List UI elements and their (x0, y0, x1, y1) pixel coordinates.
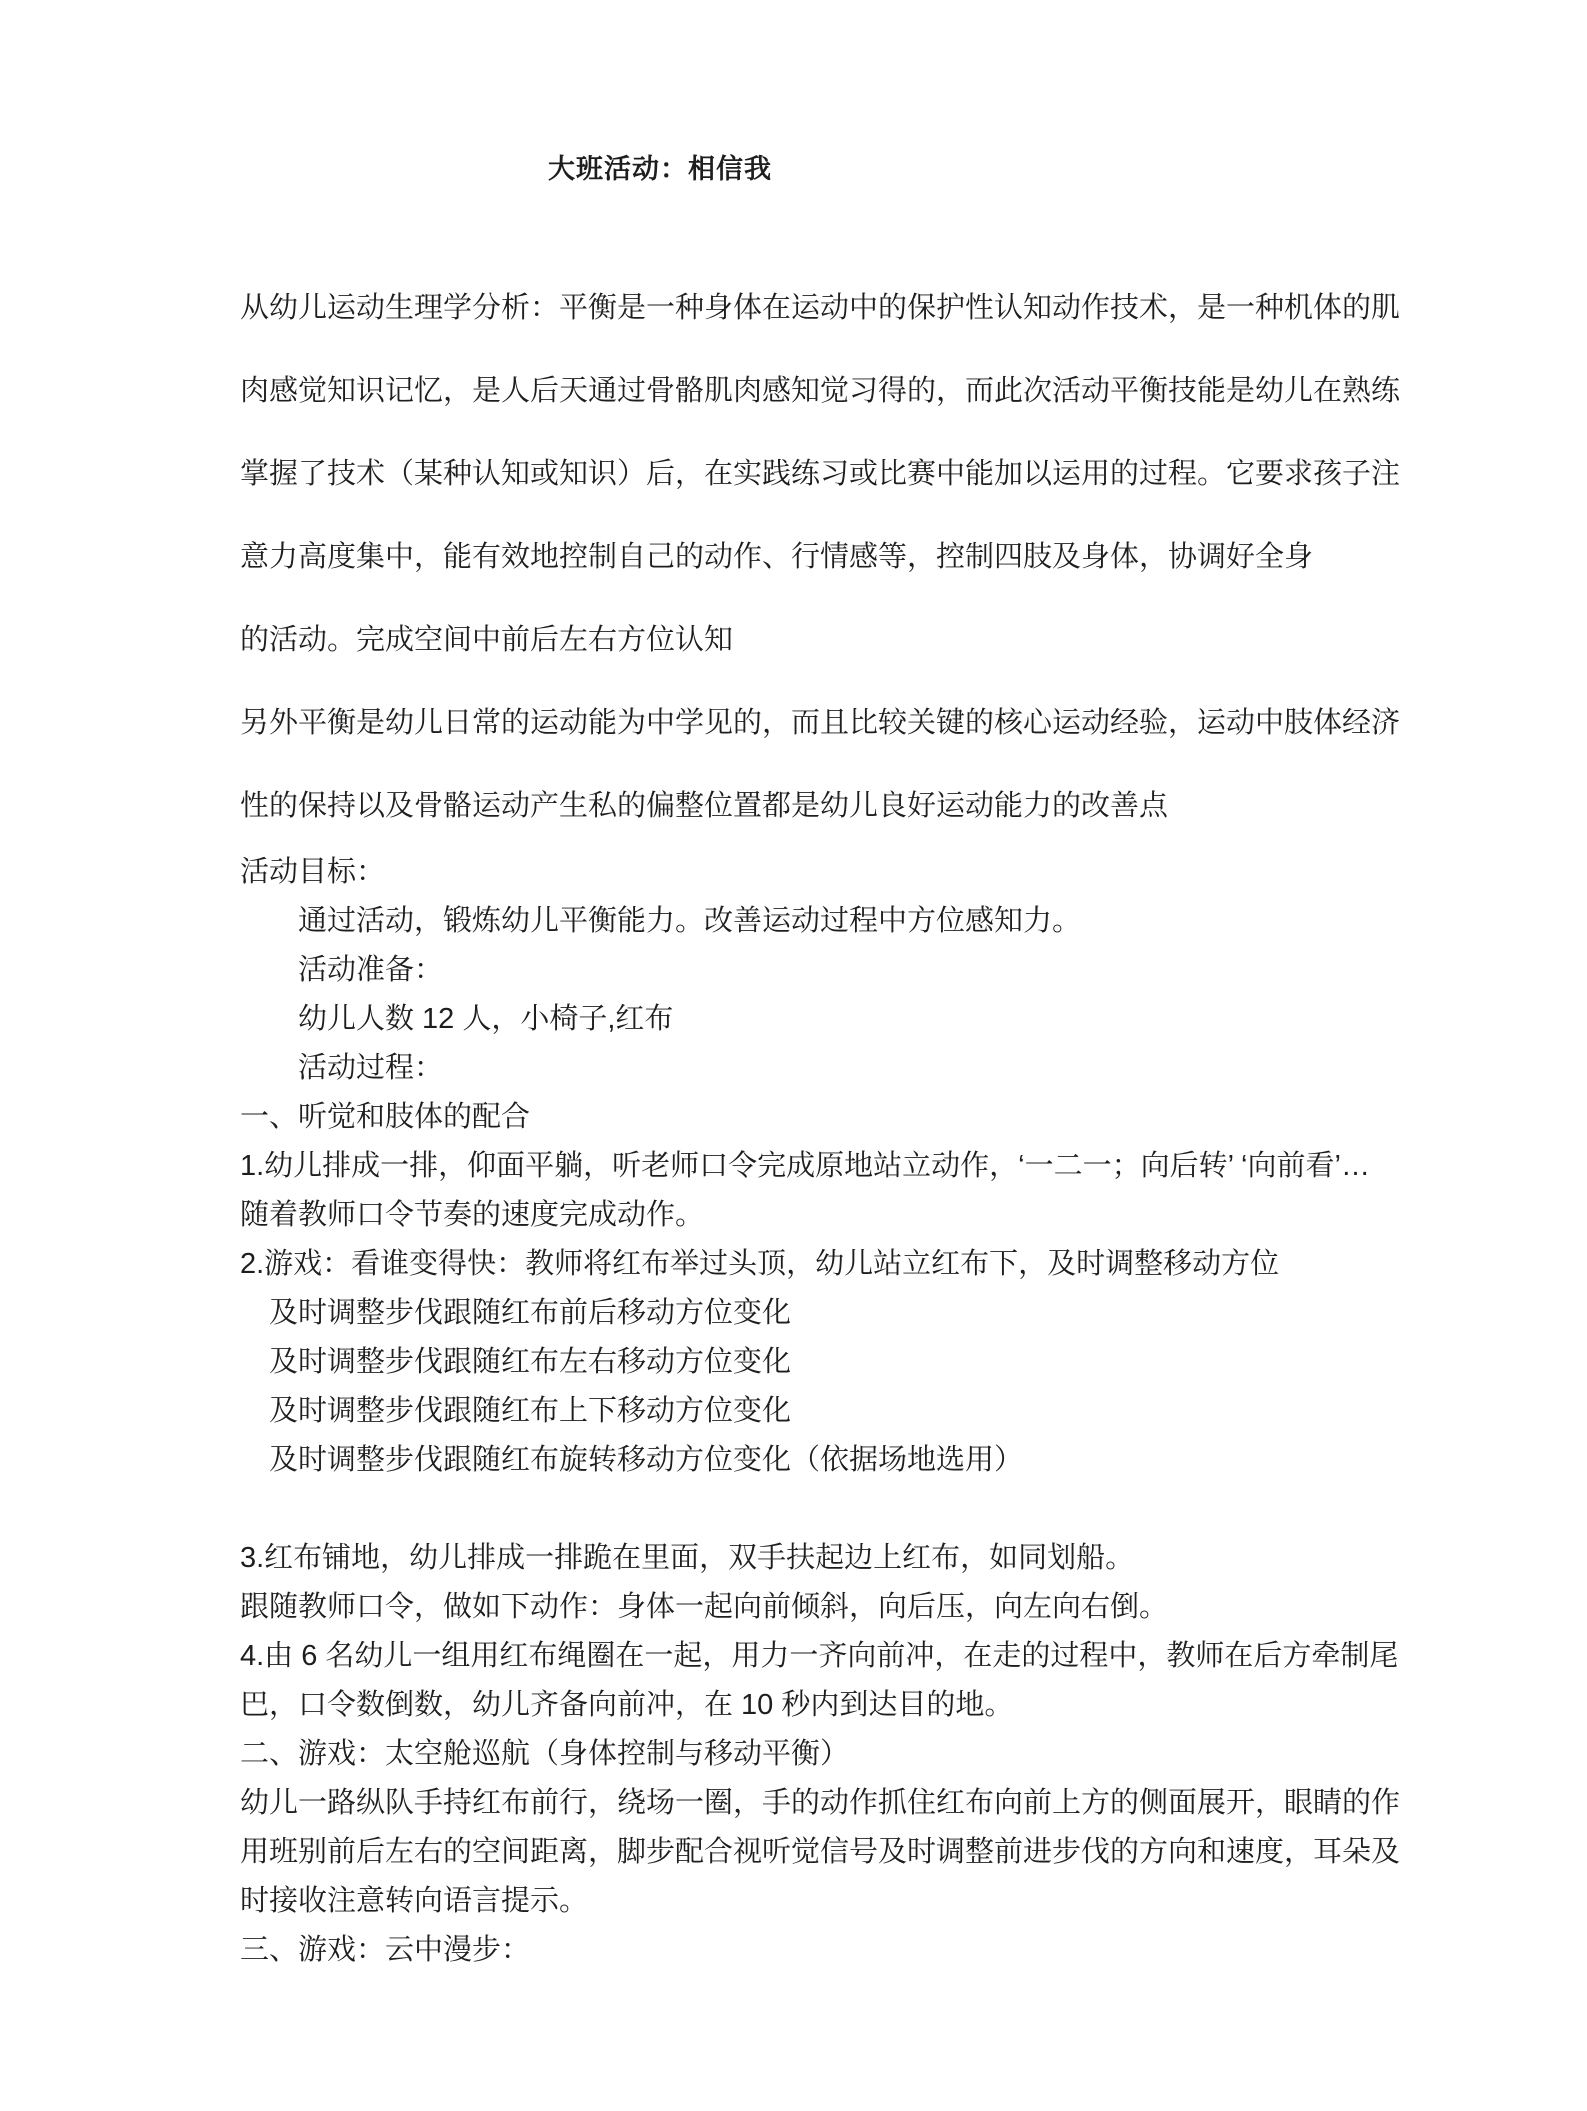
step2-line: 2.游戏：看谁变得快：教师将红布举过头顶，幼儿站立红布下，及时调整移动方位 (240, 1240, 1437, 1289)
intro-line: 意力高度集中，能有效地控制自己的动作、行情感等，控制四肢及身体，协调好全身 (240, 516, 1437, 599)
intro-line: 从幼儿运动生理学分析：平衡是一种身体在运动中的保护性认知动作技术，是一种机体的肌 (240, 267, 1437, 350)
section-two-line: 幼儿一路纵队手持红布前行，绕场一圈，手的动作抓住红布向前上方的侧面展开，眼睛的作 (240, 1779, 1437, 1828)
intro-line: 的活动。完成空间中前后左右方位认知 (240, 599, 1437, 682)
process-heading: 活动过程： (240, 1044, 1437, 1093)
intro-paragraphs: 从幼儿运动生理学分析：平衡是一种身体在运动中的保护性认知动作技术，是一种机体的肌… (240, 267, 1437, 848)
intro-line: 性的保持以及骨骼运动产生私的偏整位置都是幼儿良好运动能力的改善点 (240, 765, 1437, 848)
step3-line: 3.红布铺地，幼儿排成一排跪在里面，双手扶起边上红布，如同划船。 (240, 1534, 1437, 1583)
step2-sub-line: 及时调整步伐跟随红布上下移动方位变化 (240, 1387, 1437, 1436)
activity-plan: 活动目标： 通过活动，锻炼幼儿平衡能力。改善运动过程中方位感知力。 活动准备： … (240, 848, 1437, 1975)
step2-sub-line: 及时调整步伐跟随红布左右移动方位变化 (240, 1338, 1437, 1387)
step4-line: 巴，口令数倒数，幼儿齐备向前冲，在 10 秒内到达目的地。 (240, 1681, 1437, 1730)
intro-line: 另外平衡是幼儿日常的运动能为中学见的，而且比较关键的核心运动经验，运动中肢体经济 (240, 682, 1437, 765)
prep-line: 幼儿人数 12 人，小椅子,红布 (240, 995, 1437, 1044)
step4-line: 4.由 6 名幼儿一组用红布绳圈在一起，用力一齐向前冲，在走的过程中，教师在后方… (240, 1632, 1437, 1681)
section-two-line: 时接收注意转向语言提示。 (240, 1877, 1437, 1926)
intro-line: 肉感觉知识记忆，是人后天通过骨骼肌肉感知觉习得的，而此次活动平衡技能是幼儿在熟练 (240, 350, 1437, 433)
step1-line: 随着教师口令节奏的速度完成动作。 (240, 1191, 1437, 1240)
section-two-line: 用班别前后左右的空间距离，脚步配合视听觉信号及时调整前进步伐的方向和速度，耳朵及 (240, 1828, 1437, 1877)
document-page: 大班活动：相信我 从幼儿运动生理学分析：平衡是一种身体在运动中的保护性认知动作技… (0, 0, 1587, 2111)
goal-heading: 活动目标： (240, 848, 1437, 897)
prep-heading: 活动准备： (240, 946, 1437, 995)
document-title: 大班活动：相信我 (240, 0, 1080, 186)
blank-line (240, 1485, 1437, 1534)
section-three-heading: 三、游戏：云中漫步： (240, 1926, 1437, 1975)
step2-sub-line: 及时调整步伐跟随红布旋转移动方位变化（依据场地选用） (240, 1436, 1437, 1485)
step1-line: 1.幼儿排成一排，仰面平躺，听老师口令完成原地站立动作，‘一二一；向后转’ ‘向… (240, 1142, 1437, 1191)
goal-line: 通过活动，锻炼幼儿平衡能力。改善运动过程中方位感知力。 (240, 897, 1437, 946)
document-body: 从幼儿运动生理学分析：平衡是一种身体在运动中的保护性认知动作技术，是一种机体的肌… (0, 267, 1587, 1975)
step2-sub-line: 及时调整步伐跟随红布前后移动方位变化 (240, 1289, 1437, 1338)
step3-line: 跟随教师口令，做如下动作：身体一起向前倾斜，向后压，向左向右倒。 (240, 1583, 1437, 1632)
section-two-heading: 二、游戏：太空舱巡航（身体控制与移动平衡） (240, 1730, 1437, 1779)
section-one-heading: 一、听觉和肢体的配合 (240, 1093, 1437, 1142)
intro-line: 掌握了技术（某种认知或知识）后，在实践练习或比赛中能加以运用的过程。它要求孩子注 (240, 433, 1437, 516)
